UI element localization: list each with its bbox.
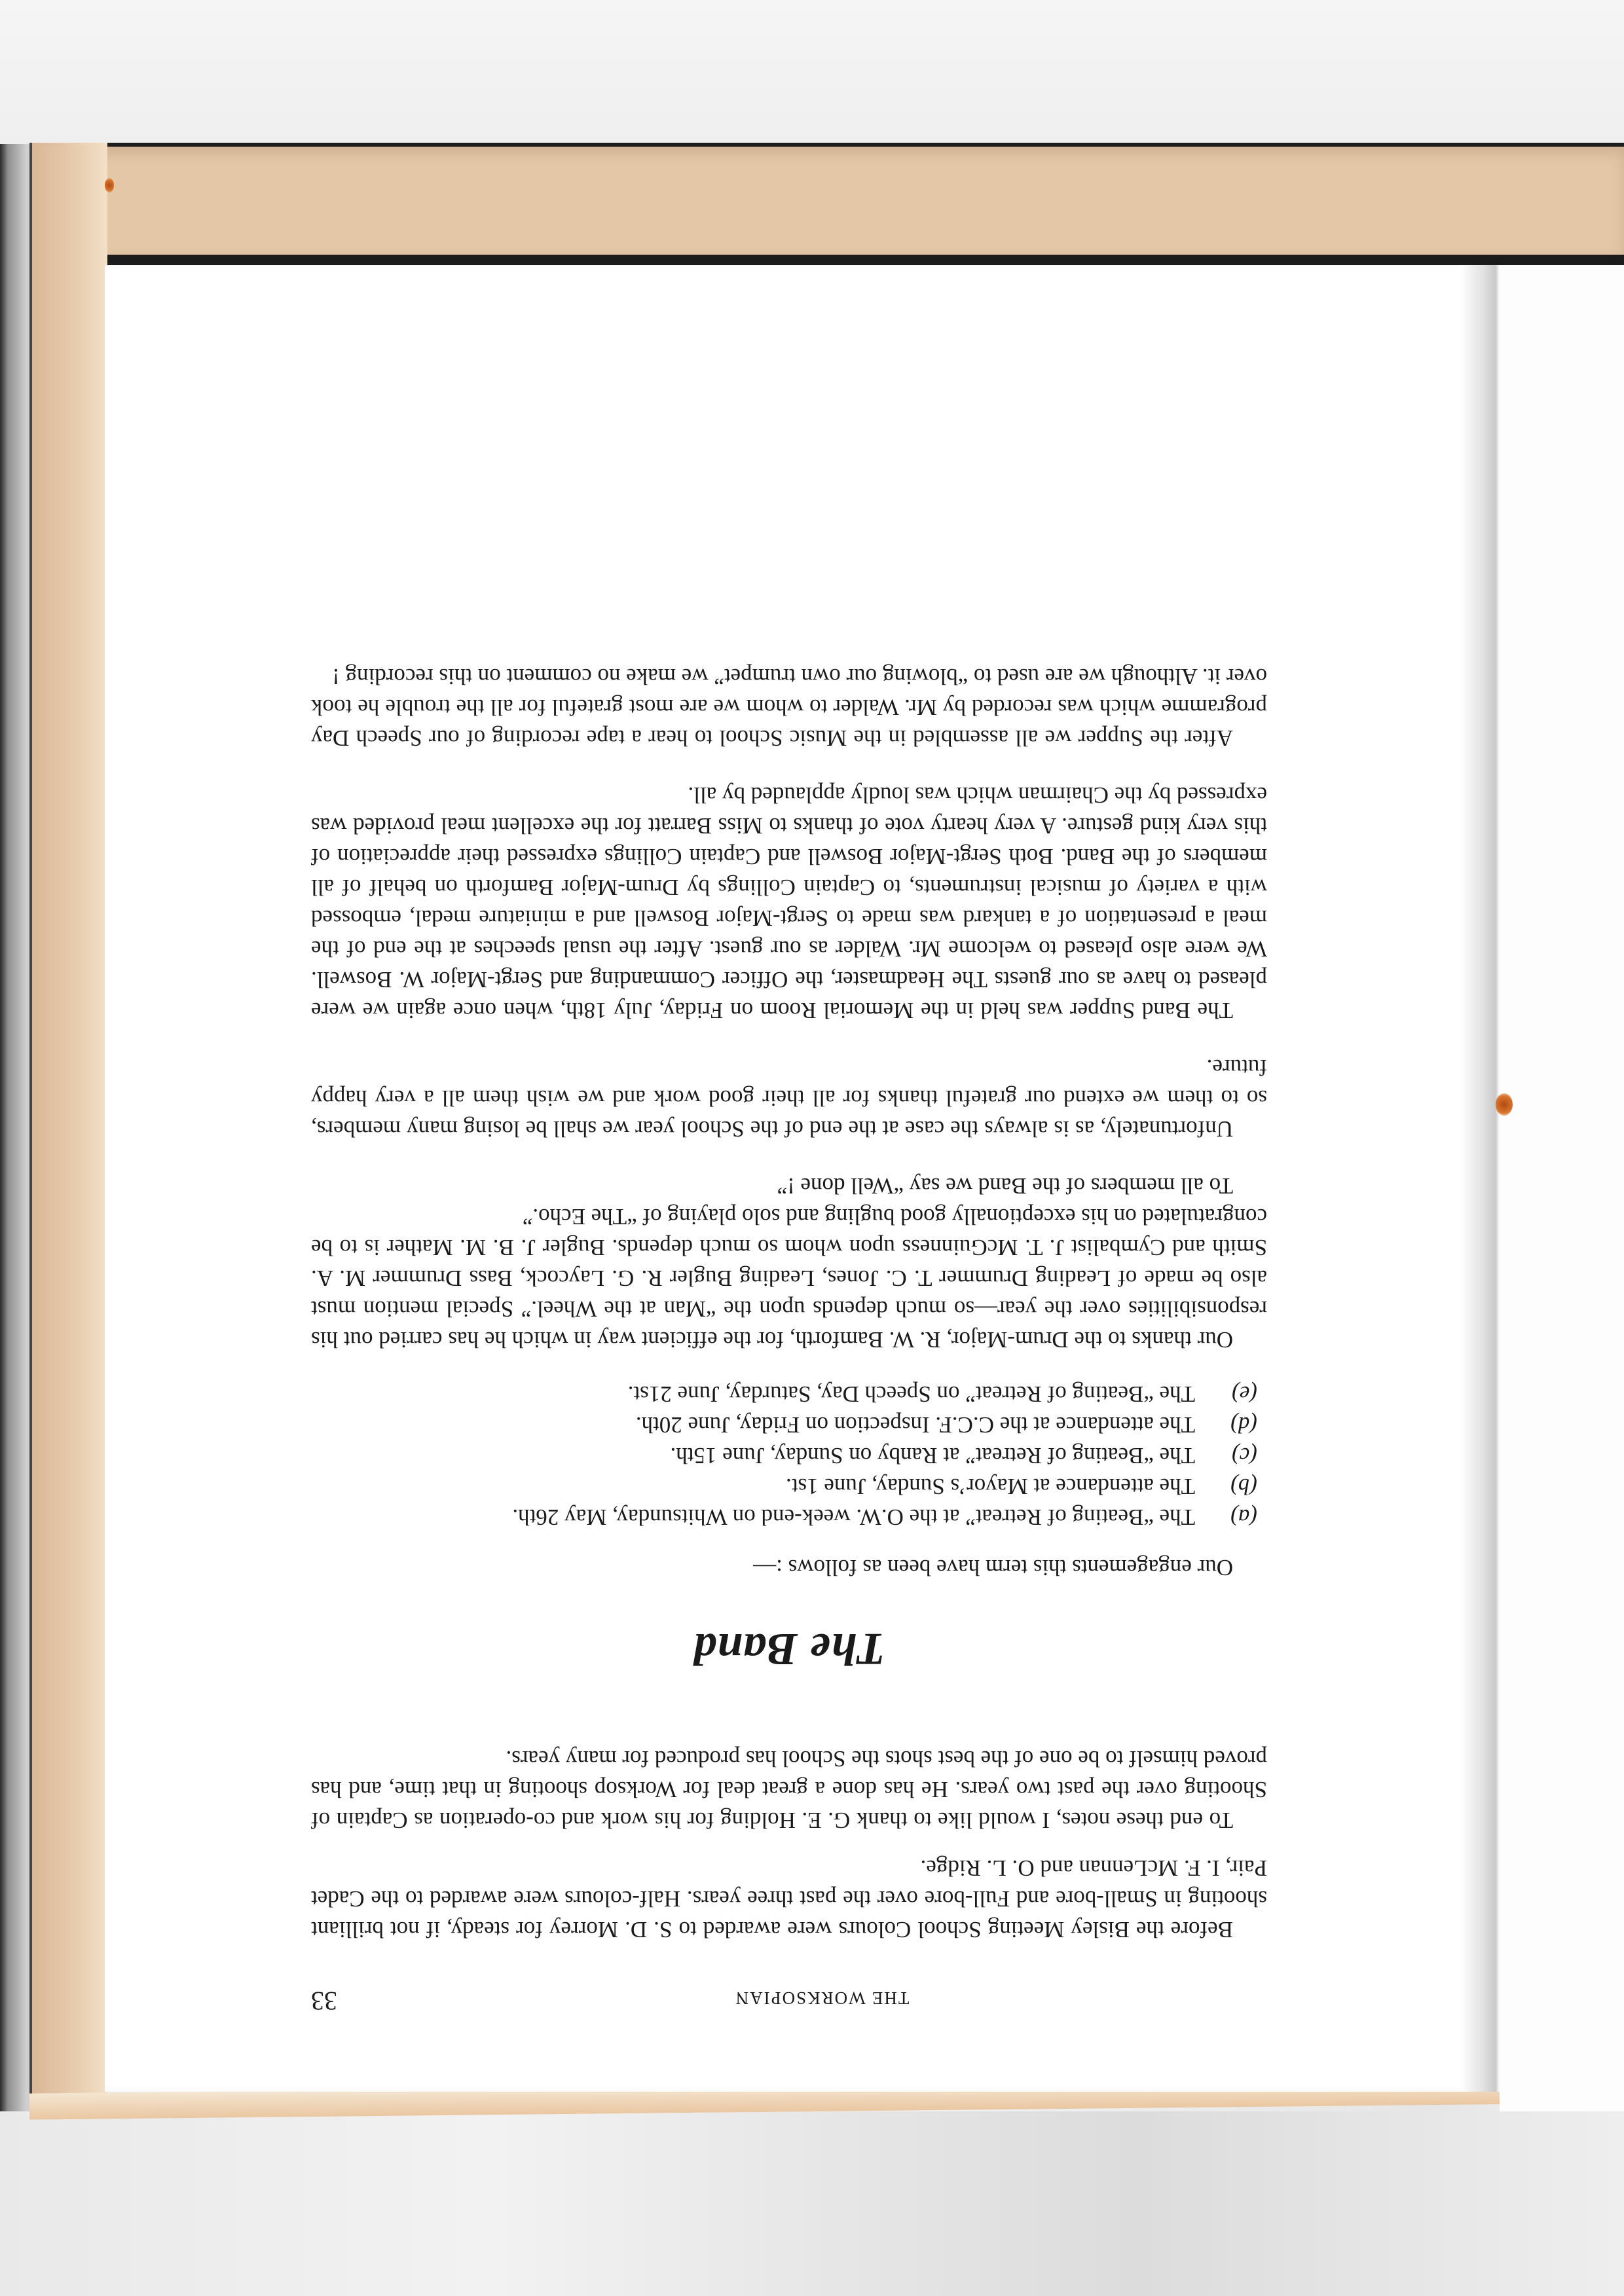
engagements-list: (a)The “Beating of Retreat” at the O.W. …: [311, 1379, 1267, 1533]
paragraph-tape-recording: After the Supper we all assembled in the…: [311, 661, 1267, 754]
rust-spot-icon: [105, 178, 114, 192]
list-item-text: The attendance at Mayor’s Sunday, June 1…: [311, 1471, 1195, 1502]
list-item-text: The attendance at the C.C.F. Inspection …: [311, 1410, 1195, 1440]
adjacent-page: [1500, 265, 1624, 2111]
list-item-text: The “Beating of Retreat” at Ranby on Sun…: [311, 1440, 1195, 1471]
list-item: (a)The “Beating of Retreat” at the O.W. …: [311, 1502, 1267, 1533]
list-item: (e)The “Beating of Retreat” on Speech Da…: [311, 1379, 1267, 1410]
list-item: (b)The attendance at Mayor’s Sunday, Jun…: [311, 1471, 1267, 1502]
page-gutter-shadow: [1460, 265, 1500, 2092]
running-head-title: THE WORKSOPIAN: [337, 1988, 1267, 2008]
list-marker: (b): [1195, 1471, 1267, 1502]
book-binding-top-edge: [29, 143, 1624, 269]
page-text-rotated: THE WORKSOPIAN 33 Before the Bisley Meet…: [311, 426, 1267, 2030]
list-marker: (d): [1195, 1410, 1267, 1440]
list-marker: (c): [1195, 1440, 1267, 1471]
rust-spot-icon: [1496, 1093, 1513, 1116]
list-item-text: The “Beating of Retreat” on Speech Day, …: [311, 1379, 1195, 1410]
page-number: 33: [311, 1986, 337, 2016]
paragraph-thanks-drum-major: Our thanks to the Drum-Major, R. W. Bamf…: [311, 1201, 1267, 1355]
scanner-background-top: [0, 0, 1624, 144]
list-item: (d)The attendance at the C.C.F. Inspecti…: [311, 1410, 1267, 1440]
engagements-lead: Our engagements this term have been as f…: [311, 1552, 1267, 1583]
list-item: (c)The “Beating of Retreat” at Ranby on …: [311, 1440, 1267, 1471]
paragraph-losing-members: Unfortunately, as is always the case at …: [311, 1052, 1267, 1144]
paragraph-shooting-thanks: To end these notes, I would like to than…: [311, 1743, 1267, 1836]
list-marker: (a): [1195, 1502, 1267, 1533]
list-marker: (e): [1195, 1379, 1267, 1410]
running-head: THE WORKSOPIAN 33: [311, 1986, 1267, 2016]
paragraph-band-supper: The Band Supper was held in the Memorial…: [311, 780, 1267, 1026]
list-item-text: The “Beating of Retreat” at the O.W. wee…: [311, 1502, 1195, 1533]
paragraph-shooting-colours: Before the Bisley Meeting School Colours…: [311, 1853, 1267, 1945]
scanner-background-bottom: [0, 2111, 1624, 2296]
paragraph-well-done: To all members of the Band we say “Well …: [311, 1171, 1267, 1201]
section-title: The Band: [311, 1622, 1267, 1675]
book-binding-left-edge: [29, 143, 107, 2113]
